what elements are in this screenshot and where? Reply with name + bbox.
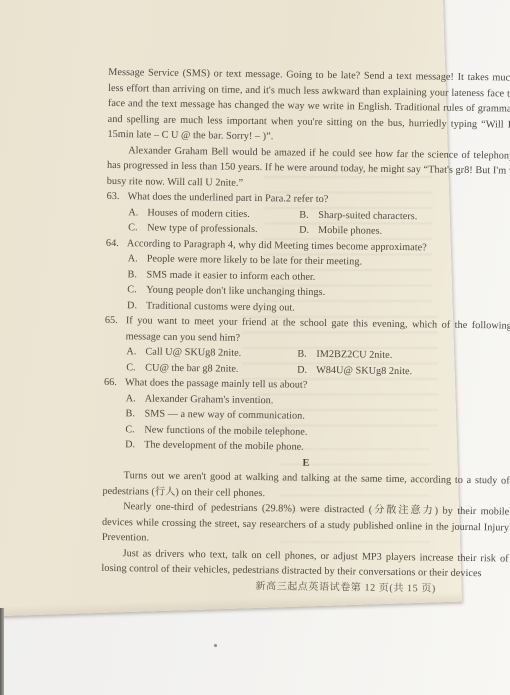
option-label: C. [128,220,147,236]
option-label: D. [127,298,146,314]
option-label: D. [125,437,144,453]
option-label: C. [125,422,144,438]
option-label: B. [297,347,316,363]
text-column: Message Service (SMS) or text message. G… [101,29,510,598]
option-text: Houses of modern cities. [147,205,277,222]
question-number: 65. [105,313,126,344]
option-label: A. [128,251,147,267]
page-content: Message Service (SMS) or text message. G… [68,28,510,598]
option-text: Call U@ SKUg8 2nite. [145,344,275,361]
scan-edge-shadow [0,608,4,695]
question-64-options: A. People were more likely to be late fo… [105,251,510,319]
option-text: New type of professionals. [147,220,277,237]
option-label: A. [128,205,147,221]
section-e-paragraph-2: Nearly one-third of pedestrians (29.8%) … [102,499,510,551]
question-number: 66. [104,375,125,391]
passage-d-continuation: Message Service (SMS) or text message. G… [107,65,510,148]
question-number: 64. [106,235,127,251]
option-text: CU@ the bar g8 2nite. [145,360,275,377]
option-label: B. [127,267,146,283]
scanned-exam-page: Message Service (SMS) or text message. G… [0,0,510,695]
question-66: 66. What does the passage mainly tell us… [103,375,510,458]
option-label: B. [299,207,318,223]
question-65: 65. If you want to meet your friend at t… [104,313,510,381]
option-label: B. [125,406,144,422]
question-63: 63. What does the underlined part in Par… [106,189,510,241]
passage-d-paragraph: Alexander Graham Bell would be amazed if… [107,142,510,194]
scan-dust-speck [214,644,217,647]
question-64: 64. According to Paragraph 4, why did Me… [105,235,510,318]
question-66-options: A. Alexander Graham's invention. B. SMS … [103,390,510,458]
option-label: C. [126,360,145,376]
section-e-paragraph-3: Just as drivers who text, talk on cell p… [101,545,508,582]
option-label: A. [126,391,145,407]
option-label: D. [297,362,316,378]
option-label: C. [127,282,146,298]
option-label: A. [126,344,145,360]
option-label: D. [299,223,318,239]
question-number: 63. [107,189,128,205]
